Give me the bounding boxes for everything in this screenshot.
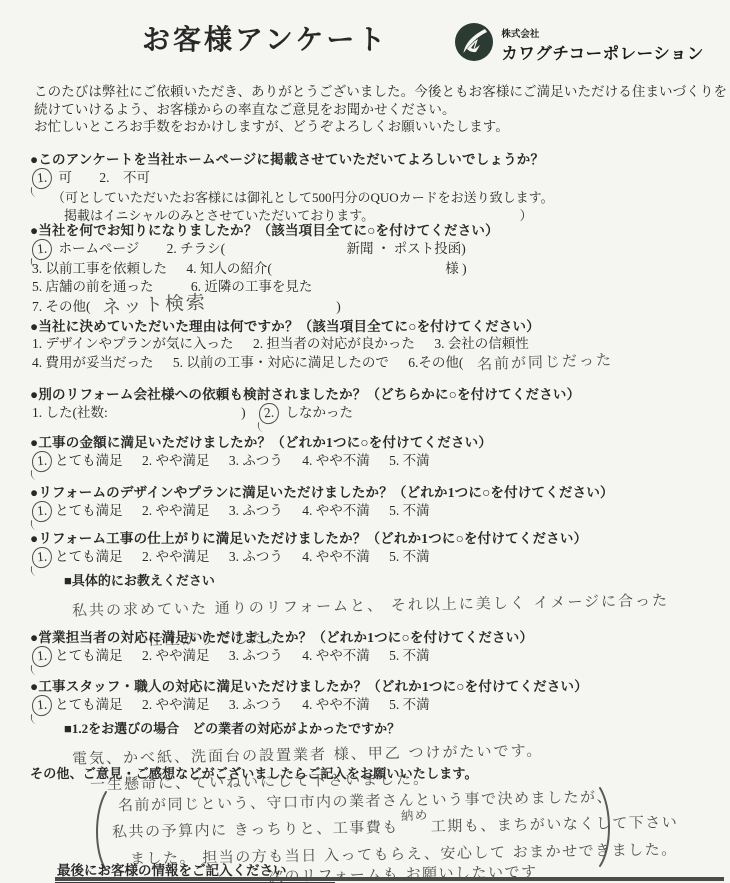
circled-answer-mark: 2. [258, 402, 280, 425]
option-nearby-work: 6. 近隣の工事を見た [191, 279, 313, 294]
question-source: ●当社を何でお知りになりましたか？（該当項目全てに○を付けてください） 1. ホ… [30, 219, 722, 322]
scanned-survey-page: { "page": { "title": "お客様アンケート", "compan… [0, 0, 730, 883]
handwritten-net-search: ネット検索 [101, 293, 207, 316]
company-name: カワグチコーポレーション [501, 40, 704, 64]
intro-line-1: このたびは弊社にご依頼いただき、ありがとうございました。今後ともお客様にご満足い… [34, 83, 722, 101]
question-reason: ●当社に決めていただいた理由は何ですか？（該当項目全てに○を付けてください） 1… [30, 315, 722, 377]
option-other-open: 6.その他( [408, 355, 463, 370]
option-neutral: 3. ふつう [229, 648, 283, 663]
option-somewhat-dissatisfied: 4. やや不満 [302, 549, 370, 564]
option-number: 1. [36, 697, 47, 713]
publish-note-1: （可としていただいたお客様には御礼として500円分のQUOカードをお送り致します… [52, 189, 722, 207]
option-dissatisfied: 5. 不満 [389, 697, 430, 712]
option-somewhat-dissatisfied: 4. やや不満 [302, 697, 370, 712]
option-rep-good: 2. 担当者の対応が良かった [253, 336, 415, 351]
other-comments-label: その他、ご意見・ご感想などがございましたらご記入をお願いいたします。 [30, 763, 722, 782]
circled-answer-mark: 1. [31, 694, 53, 717]
option-number: 1. [36, 648, 47, 664]
question-finish-heading: ●リフォーム工事の仕上がりに満足いただけましたか？（どれか1つに○を付けてくださ… [30, 527, 722, 547]
question-price: ●工事の金額に満足いただけましたか？（どれか1つに○を付けてください） 1.とて… [30, 431, 722, 472]
option-previous-work: 3. 以前工事を依頼した [32, 261, 167, 276]
option-past-satisfaction: 5. 以前の工事・対応に満足したので [173, 355, 389, 370]
option-somewhat-satisfied: 2. やや満足 [142, 549, 210, 564]
question-compare-heading: ●別のリフォーム会社様への依頼も検討されましたか？（どちらかに○を付けてください… [30, 383, 722, 403]
question-source-heading: ●当社を何でお知りになりましたか？（該当項目全てに○を付けてください） [30, 219, 722, 239]
handwritten-same-name: 名前が同じだった [476, 351, 613, 374]
option-ng: 2. 不可 [99, 170, 150, 185]
option-design-liked: 1. デザインやプランが気に入った [32, 336, 234, 351]
option-very-satisfied: とても満足 [55, 549, 123, 564]
customer-info-table-top-rule [55, 877, 724, 881]
option-referral-close: 様 ) [445, 261, 466, 276]
circled-answer-mark: 1. [31, 546, 53, 569]
option-somewhat-satisfied: 2. やや満足 [142, 697, 210, 712]
option-number: 2. [263, 405, 274, 421]
option-other-close: ) [336, 299, 341, 314]
option-neutral: 3. ふつう [229, 503, 283, 518]
option-number: 1. [36, 241, 47, 257]
option-very-satisfied: とても満足 [55, 453, 123, 468]
question-staff-heading: ●工事スタッフ・職人の対応に満足いただけましたか？（どれか1つに○を付けてくださ… [30, 675, 722, 695]
final-comment-2b: 工期も、まちがいなくして下さい [431, 813, 679, 835]
final-comment-2a: 私共の予算内に きっちりと、工事費も [112, 818, 399, 841]
option-ok: 可 [59, 170, 73, 185]
option-neutral: 3. ふつう [229, 697, 283, 712]
page-title: お客様アンケート [142, 18, 388, 58]
option-somewhat-satisfied: 2. やや満足 [142, 503, 210, 518]
handwritten-final-comment-2: 私共の予算内に きっちりと、工事費も納め工期も、まちがいなくして下さい [112, 811, 679, 842]
option-number: 1. [36, 549, 47, 565]
question-publish: ●このアンケートを当社ホームページに掲載させていただいてよろしいでしょうか？ 1… [30, 148, 722, 225]
option-did: 1. した(社数: [32, 405, 108, 420]
option-number: 1. [36, 170, 47, 186]
circled-answer-mark: 1. [31, 645, 53, 668]
staff-detail-prompt: ■1.2をお選びの場合 どの業者の対応がよかったですか？ [64, 718, 722, 737]
option-flyer-detail: 新聞 ・ ポスト投函) [346, 241, 465, 256]
option-homepage: ホームページ [59, 241, 140, 256]
circled-answer-mark: 1. [31, 238, 53, 261]
question-price-heading: ●工事の金額に満足いただけましたか？（どれか1つに○を付けてください） [30, 431, 722, 451]
header: お客様アンケート 株式会社 カワグチコーポレーション [30, 18, 722, 67]
handwritten-inserted-word: 納め [400, 805, 429, 824]
option-other-open: 7. その他( [32, 299, 91, 314]
option-somewhat-dissatisfied: 4. やや不満 [302, 453, 370, 468]
question-reason-heading: ●当社に決めていただいた理由は何ですか？（該当項目全てに○を付けてください） [30, 315, 722, 335]
option-very-satisfied: とても満足 [55, 648, 123, 663]
circled-answer-mark: 1. [31, 500, 53, 523]
option-somewhat-dissatisfied: 4. やや不満 [302, 503, 370, 518]
option-number: 1. [36, 453, 47, 469]
option-neutral: 3. ふつう [229, 453, 283, 468]
circled-answer-mark: 1. [31, 167, 53, 190]
intro-line-3: お忙しいところお手数をおかけしますが、どうぞよろしくお願いいたします。 [34, 118, 722, 136]
option-referral: 4. 知人の紹介( [186, 261, 272, 276]
logo-swoosh-icon [454, 22, 494, 67]
other-comments-section: その他、ご意見・ご感想などがございましたらご記入をお願いいたします。 [30, 763, 722, 782]
option-number: 1. [36, 503, 47, 519]
question-publish-heading: ●このアンケートを当社ホームページに掲載させていただいてよろしいでしょうか？ [30, 148, 722, 168]
option-very-satisfied: とても満足 [55, 503, 123, 518]
intro-paragraph: このたびは弊社にご依頼いただき、ありがとうございました。今後ともお客様にご満足い… [34, 83, 722, 136]
option-fair-price: 4. 費用が妥当だった [32, 355, 154, 370]
option-somewhat-satisfied: 2. やや満足 [142, 453, 210, 468]
option-somewhat-dissatisfied: 4. やや不満 [302, 648, 370, 663]
circled-answer-mark: 1. [31, 450, 53, 473]
handwritten-finish-comment-1: 私共の求めていた 通りのリフォームと、 それ以上に美しく イメージに合った [72, 588, 722, 620]
question-sales: ●営業担当者の対応に満足いただけましたか？（どれか1つに○を付けてください） 1… [30, 626, 722, 667]
option-trust: 3. 会社の信頼性 [434, 336, 529, 351]
option-did-close: ) [241, 405, 246, 420]
finish-detail-prompt: ■具体的にお教えください [64, 570, 722, 589]
question-sales-heading: ●営業担当者の対応に満足いただけましたか？（どれか1つに○を付けてください） [30, 626, 722, 646]
option-dissatisfied: 5. 不満 [389, 503, 430, 518]
company-prefix: 株式会社 [501, 26, 704, 40]
option-somewhat-satisfied: 2. やや満足 [142, 648, 210, 663]
option-did-not: しなかった [286, 405, 354, 420]
company-logo: 株式会社 カワグチコーポレーション [454, 22, 704, 67]
option-flyer: 2. チラシ( [167, 241, 226, 256]
option-storefront: 5. 店舗の前を通った [32, 279, 154, 294]
intro-line-2: 続けていけるよう、お客様からの率直なご意見をお聞かせください。 [34, 101, 722, 119]
option-dissatisfied: 5. 不満 [389, 648, 430, 663]
question-design-heading: ●リフォームのデザインやプランに満足いただけましたか？（どれか1つに○を付けてく… [30, 481, 722, 501]
question-compare: ●別のリフォーム会社様への依頼も検討されましたか？（どちらかに○を付けてください… [30, 383, 722, 424]
question-design: ●リフォームのデザインやプランに満足いただけましたか？（どれか1つに○を付けてく… [30, 481, 722, 522]
option-neutral: 3. ふつう [229, 549, 283, 564]
option-dissatisfied: 5. 不満 [389, 549, 430, 564]
option-very-satisfied: とても満足 [55, 697, 123, 712]
option-dissatisfied: 5. 不満 [389, 453, 430, 468]
